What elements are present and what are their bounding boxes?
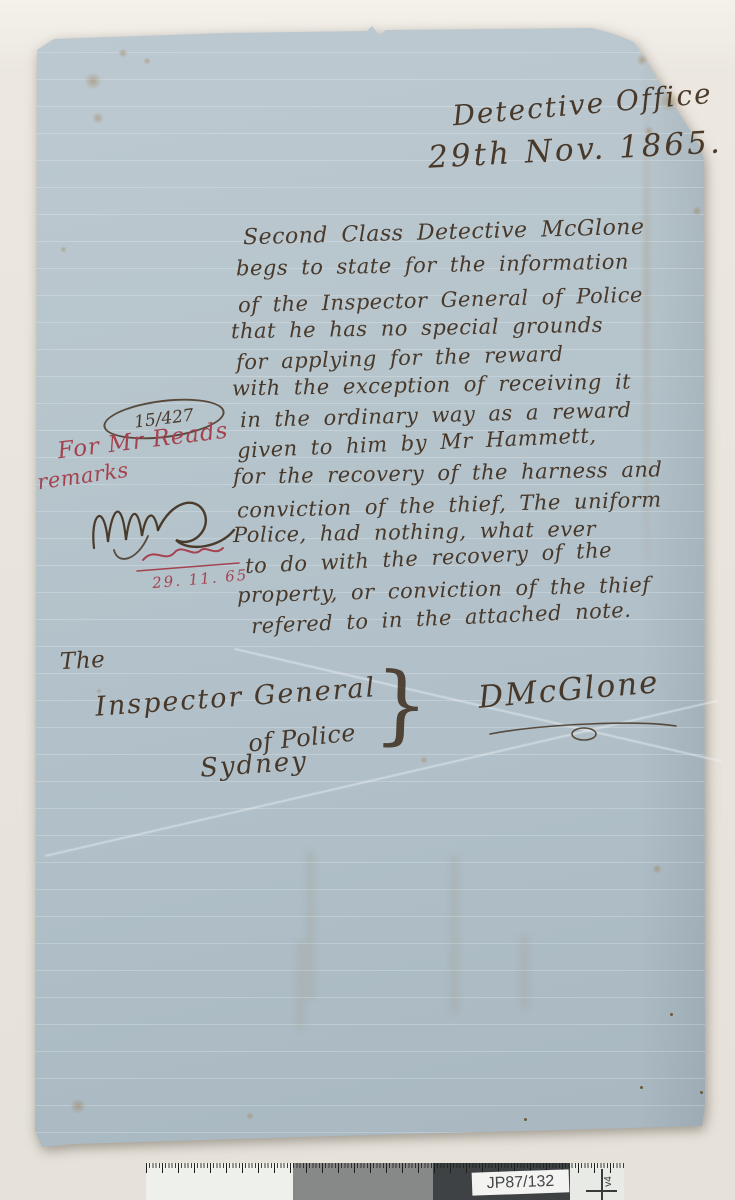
address-line-the: The [59, 647, 106, 675]
body-line: that he has no special grounds [231, 313, 603, 343]
scanned-letter-page: Detective Office 29th Nov. 1865. Second … [0, 0, 735, 1200]
address-brace: } [373, 661, 431, 749]
body-line: begs to state for the information [236, 250, 629, 281]
calibration-version-label: v4 [603, 1176, 614, 1187]
crosshair-icon [586, 1190, 617, 1192]
archive-reference-label: JP87/132 [472, 1169, 570, 1195]
body-line: with the exception of receiving it [232, 370, 631, 401]
body-line: of the Inspector General of Police [238, 283, 643, 318]
signature-underline-flourish [488, 718, 683, 746]
body-line: Second Class Detective McGlone [243, 215, 645, 251]
body-line: for the recovery of the harness and [233, 457, 663, 488]
body-line: conviction of the thief, The uniform [237, 487, 662, 522]
body-line: for applying for the reward [236, 342, 564, 375]
letter-body: Second Class Detective McGlone begs to s… [0, 0, 735, 1200]
